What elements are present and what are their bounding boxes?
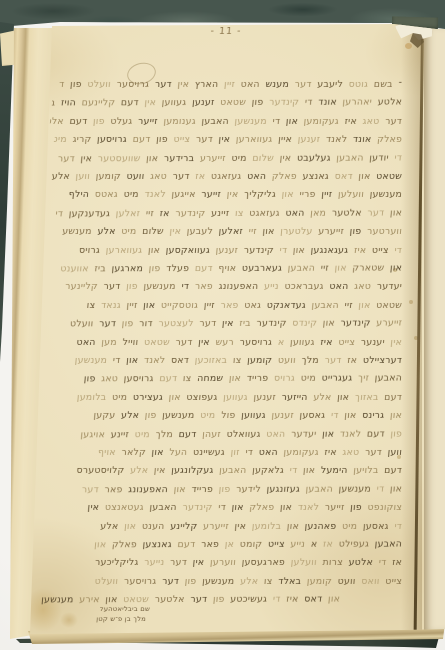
handwriting-line: זייערע קינדער און קינדס קינדער ביז אין ד…: [57, 317, 402, 332]
handwriting-line: פון דעם לאנד און יעדער האט געוואלט זעהן …: [49, 427, 402, 442]
handwriting-line: פאלק אונד לאנד זענען איין געווארען אין ד…: [53, 133, 402, 147]
handwriting-line: שטאט און זיי האבען געדאנקט גאט פאר זיין …: [49, 299, 402, 313]
handwriting-line: אלטע יאהרען אונד די קינדער פון שטאט זענע…: [51, 96, 402, 111]
handwriting-line: די גאסען מיט פאהנען און בלומען אין זייער…: [53, 520, 402, 534]
handwriting-line: צייט וואס וועט קומען באלד צו אלע מענשען …: [61, 575, 402, 589]
handwriting-line: האבען זיך געגרייט מיט גרויס פרייד און שמ…: [59, 372, 402, 387]
handwriting-line: ־ בשם גוטס ליעבע דער מענש האט זיין הארץ …: [57, 78, 402, 92]
handwriting-line: יעדער טאג האט געבראכט נייע האפענונג פאר …: [53, 280, 402, 294]
handwriting-line: די צייט איז געגאנגען און די קינדער זענען…: [51, 244, 402, 258]
handwriting-line: ווען דער טאג איז געקומען האט די זון געשי…: [63, 446, 402, 460]
handwriting-line: אין יענער צייט איז געווען א גרויסער רעש …: [51, 336, 402, 350]
handwriting-line: און די מענשען האבען געזונגען לידער פון פ…: [56, 482, 402, 497]
signature-line: שם ביבליאטהעק: [100, 605, 151, 614]
handwriting-line: דעם באזוך און אלע הייזער זענען געווען גע…: [51, 391, 402, 405]
signature-line: מלך בן פ־ש קטן: [88, 615, 147, 624]
handwriting-line: דעם בלויען הימעל און די גלאקען האבען געק…: [51, 464, 402, 478]
handwriting-line: האבען געפילט אז א נייע צייט קומט אן פאר …: [57, 538, 402, 553]
handwriting-line: און דער אלטער מאן האט געזאגט צו זיינע קי…: [49, 206, 402, 221]
handwriting-line: מענשען וועלען זיין פריי און גליקליך אין …: [55, 188, 402, 202]
photo-backdrop: - 11 - ־ בשם גוטס ליעבע דער מענש האט זיי…: [0, 0, 445, 650]
handwriting-line: שטאט און דאס גאנצע פאלק האט געזאגט אז דע…: [51, 170, 402, 184]
handwriting-line: דערציילט אז דער מלך וועט קומען צו באזוכע…: [45, 354, 402, 368]
handwriting-line: דער טאג איז געקומען און די מענשען האבען …: [49, 115, 402, 129]
stain: [60, 612, 78, 628]
handwriting-line: ווערטער פון זייערע עלטערן און זיי זאלען …: [61, 225, 402, 239]
handwriting-line: און גרינס און די גאסען זענען געווען פול …: [54, 409, 402, 423]
handwriting-line: צוקונפט פון זייער לאנד און פאלק און די ק…: [49, 501, 402, 515]
handwriting-line: און דאס איז די געשיכטע פון דער אלטער שטא…: [37, 593, 340, 608]
page-stub-right: [424, 28, 445, 630]
handwriting-line: די יודען האבען געלעבט אין שלום מיט זייער…: [47, 151, 402, 166]
manuscript-page: - 11 - ־ בשם גוטס ליעבע דער מענש האט זיי…: [0, 0, 445, 650]
handwriting-line: אז די אלטע צרות וועלען פארגעסען ווערען א…: [51, 556, 402, 570]
page-number: - 11 -: [197, 26, 254, 37]
handwriting-line: און שטארק און זיי האבען געארבעט אויף דעם…: [46, 262, 402, 277]
torn-corner-spot: [405, 43, 412, 49]
